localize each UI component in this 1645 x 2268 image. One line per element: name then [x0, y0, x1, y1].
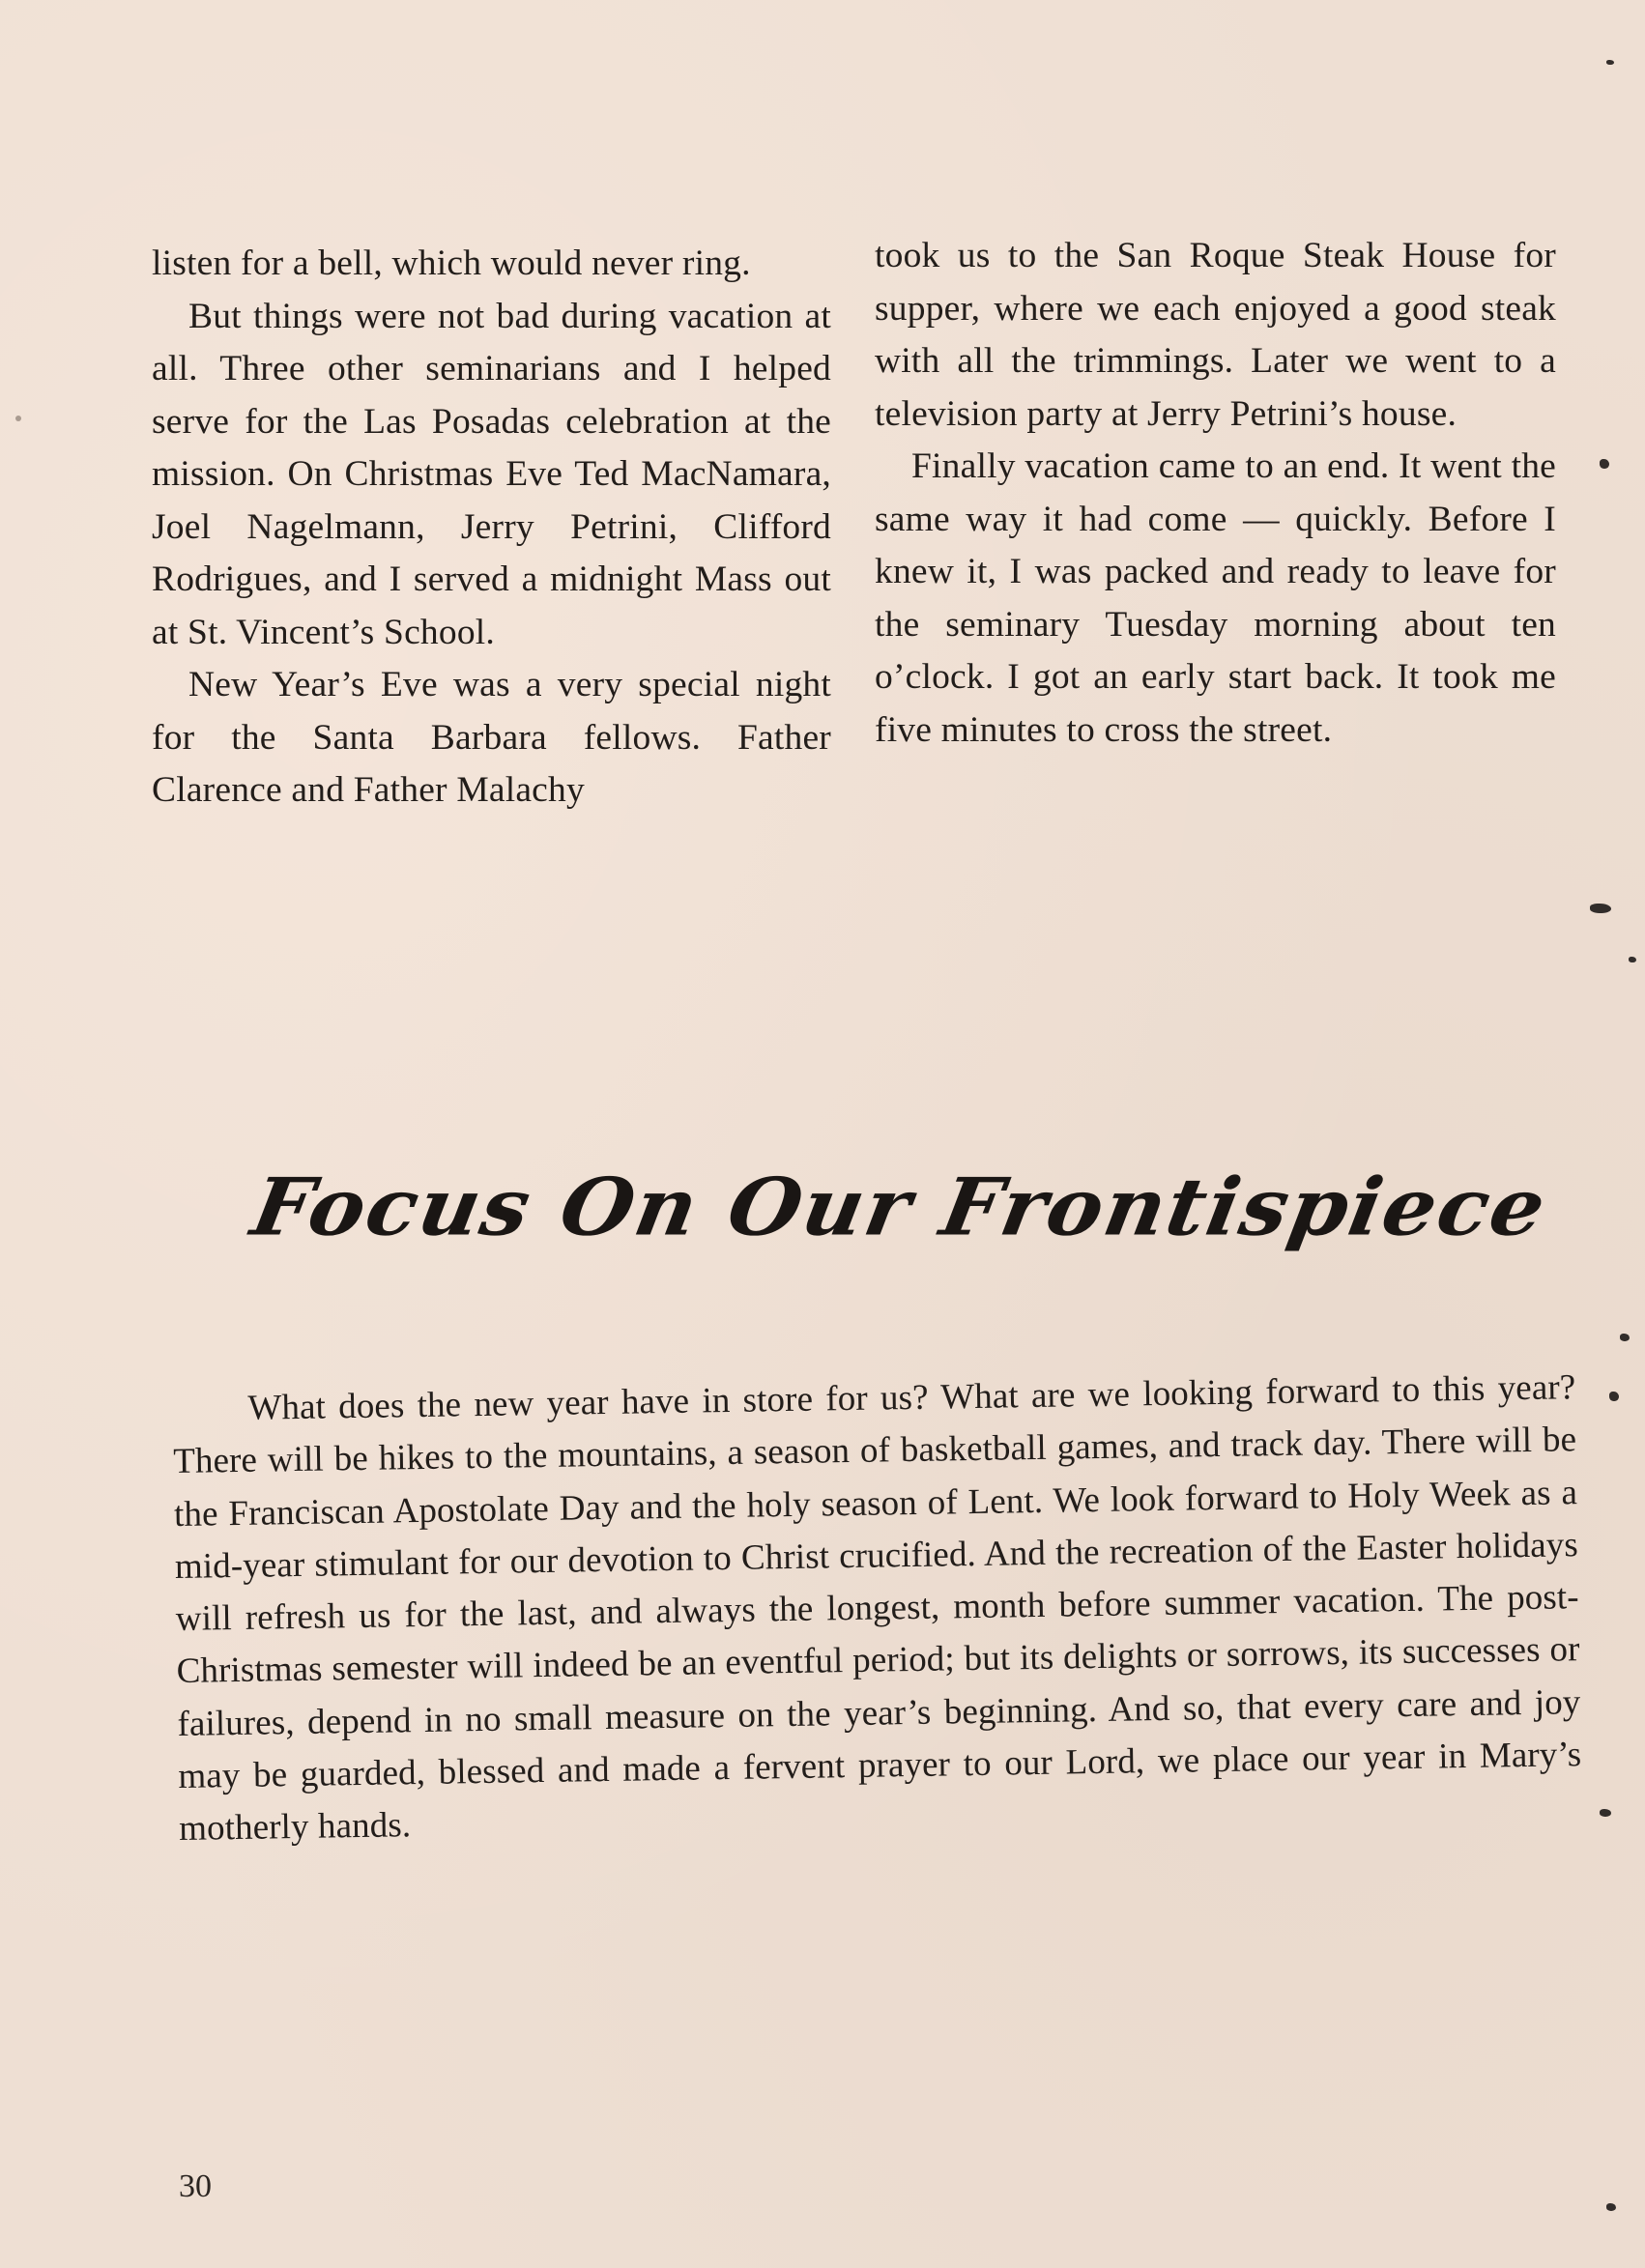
frontispiece-paragraph: What does the new year have in store for…: [172, 1362, 1582, 1855]
section-heading: Focus On Our Frontispiece: [244, 1153, 1481, 1263]
paragraph-new-years-eve: New Year’s Eve was a very special night …: [152, 659, 831, 818]
punch-mark-icon: [1609, 1392, 1619, 1401]
punch-mark-icon: [1606, 2203, 1616, 2211]
magazine-page: listen for a bell, which would never rin…: [0, 0, 1645, 2268]
punch-mark-icon: [1606, 60, 1614, 65]
paragraph-vacation: But things were not bad during vacation …: [152, 291, 831, 660]
punch-mark-icon: [1600, 459, 1609, 469]
left-column: listen for a bell, which would never rin…: [152, 238, 831, 818]
paragraph-bell: listen for a bell, which would never rin…: [152, 238, 831, 291]
punch-mark-icon: [1590, 904, 1611, 913]
punch-mark-icon: [1629, 957, 1636, 962]
paragraph-steak-house: took us to the San Roque Steak House for…: [875, 230, 1556, 441]
paper-speck: [15, 416, 21, 421]
punch-mark-icon: [1600, 1809, 1611, 1817]
page-number: 30: [179, 2168, 212, 2206]
right-column: took us to the San Roque Steak House for…: [875, 230, 1556, 757]
punch-mark-icon: [1620, 1334, 1630, 1341]
paragraph-vacation-end: Finally vacation came to an end. It went…: [875, 441, 1556, 757]
